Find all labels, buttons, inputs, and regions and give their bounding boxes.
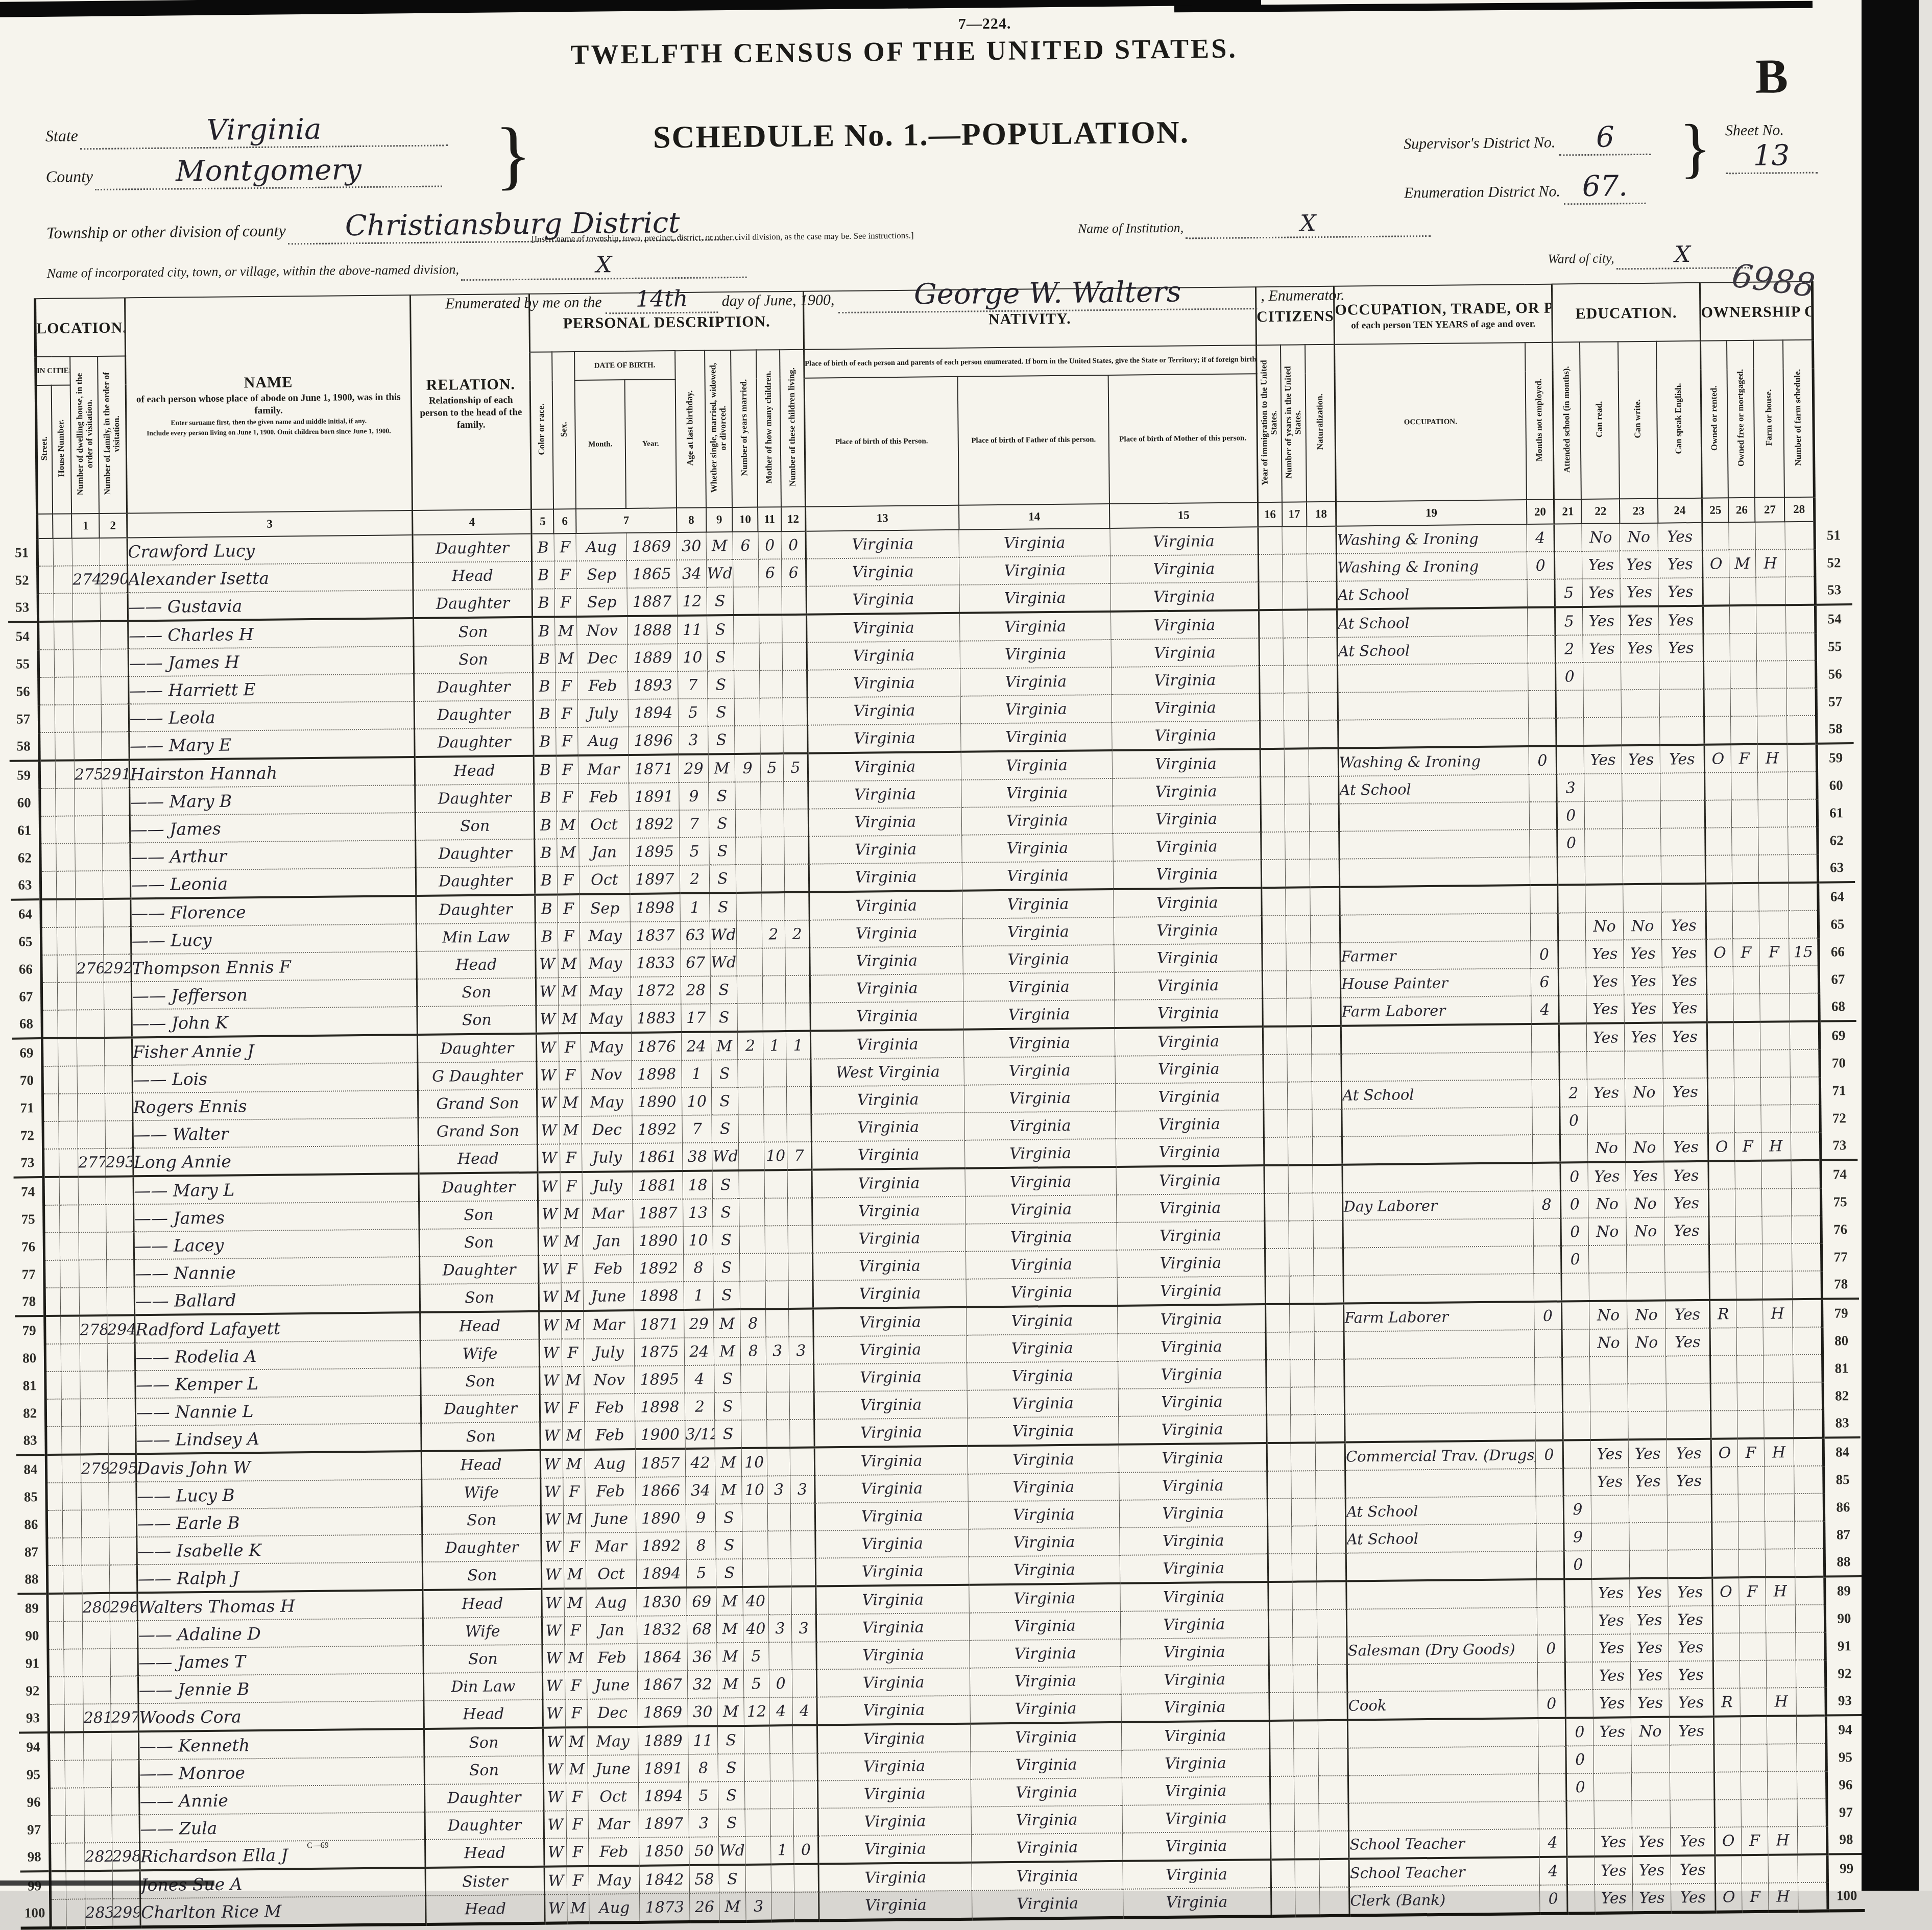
r91-line-number-right: 91 bbox=[1825, 1632, 1863, 1660]
r87-months-not-employed bbox=[1536, 1524, 1564, 1552]
r78-dwelling-number bbox=[79, 1287, 107, 1316]
r99-can-read: Yes bbox=[1595, 1856, 1633, 1885]
col-head-school: Attended school (in months). bbox=[1552, 342, 1581, 500]
r52-children-living: 6 bbox=[782, 559, 806, 587]
r66-months-not-employed: 0 bbox=[1531, 941, 1558, 969]
r61-farm-or-house bbox=[1758, 799, 1788, 827]
r88-owned-or-rented bbox=[1712, 1549, 1738, 1577]
r63-street bbox=[40, 871, 57, 899]
r90-dwelling-number bbox=[82, 1621, 110, 1649]
r85-place-of-birth: Virginia bbox=[815, 1474, 969, 1503]
r59-farm-schedule-number bbox=[1787, 744, 1817, 772]
r52-color-race: B bbox=[532, 561, 554, 589]
r60-age: 9 bbox=[679, 783, 709, 811]
r71-place-of-birth: Virginia bbox=[811, 1085, 964, 1114]
r72-years-in-us bbox=[1288, 1109, 1312, 1137]
column-number-9: 9 bbox=[706, 507, 733, 532]
r99-years-in-us bbox=[1295, 1859, 1319, 1887]
r60-place-of-birth: Virginia bbox=[808, 780, 962, 809]
census-scan-page: 7—224. TWELFTH CENSUS OF THE UNITED STAT… bbox=[0, 0, 1932, 1891]
r77-years-married bbox=[739, 1254, 765, 1281]
r98-street bbox=[50, 1843, 66, 1871]
r81-house-number bbox=[61, 1371, 80, 1399]
r56-children-living bbox=[783, 670, 807, 698]
r79-owned-or-rented: R bbox=[1710, 1300, 1736, 1328]
r75-immigration-year bbox=[1264, 1193, 1289, 1221]
r78-street bbox=[44, 1288, 61, 1316]
page-letter: B bbox=[1755, 47, 1788, 105]
r89-line-number-left: 89 bbox=[17, 1594, 47, 1622]
r79-relation: Head bbox=[420, 1311, 540, 1340]
r84-can-read: Yes bbox=[1590, 1439, 1629, 1468]
r71-line-number-left: 71 bbox=[13, 1094, 43, 1122]
r52-can-write: Yes bbox=[1620, 551, 1658, 579]
name-title: NAME bbox=[126, 373, 410, 393]
r75-line-number-left: 75 bbox=[14, 1205, 44, 1233]
r80-mother-of-children: 3 bbox=[766, 1337, 789, 1364]
r64-name: —— Florence bbox=[130, 896, 416, 926]
r60-free-or-mortgaged bbox=[1731, 772, 1757, 800]
r77-birth-month: Feb bbox=[583, 1255, 634, 1283]
r83-birth-month: Feb bbox=[585, 1421, 635, 1450]
r75-mother-of-children bbox=[764, 1198, 788, 1226]
r83-birth-year: 1900 bbox=[635, 1421, 685, 1449]
r82-farm-schedule-number bbox=[1793, 1382, 1823, 1410]
r52-years-in-us bbox=[1283, 554, 1307, 581]
r85-line-number-right: 85 bbox=[1823, 1465, 1861, 1494]
r62-dwelling-number bbox=[75, 843, 103, 871]
r74-sex: F bbox=[560, 1172, 583, 1200]
r70-name: —— Lois bbox=[132, 1063, 418, 1093]
r75-free-or-mortgaged bbox=[1735, 1189, 1761, 1216]
r65-occupation bbox=[1340, 913, 1530, 943]
r55-mother-place-of-birth: Virginia bbox=[1111, 638, 1260, 667]
r95-house-number bbox=[65, 1760, 84, 1788]
r79-farm-or-house: H bbox=[1762, 1299, 1793, 1328]
r85-street bbox=[46, 1483, 62, 1510]
column-number-5: 5 bbox=[532, 509, 554, 533]
r54-owned-or-rented bbox=[1703, 605, 1730, 633]
r88-can-read bbox=[1591, 1550, 1630, 1579]
r53-house-number bbox=[54, 593, 73, 621]
r88-free-or-mortgaged bbox=[1738, 1549, 1765, 1577]
r74-attended-school: 0 bbox=[1560, 1162, 1588, 1191]
r59-immigration-year bbox=[1260, 749, 1285, 777]
r88-mother-place-of-birth: Virginia bbox=[1120, 1554, 1268, 1583]
r94-free-or-mortgaged bbox=[1740, 1716, 1767, 1744]
r67-farm-or-house bbox=[1759, 966, 1790, 994]
r95-naturalization bbox=[1318, 1748, 1348, 1776]
r75-house-number bbox=[59, 1205, 79, 1232]
r78-occupation bbox=[1343, 1274, 1534, 1304]
r70-birth-year: 1898 bbox=[632, 1060, 682, 1088]
r100-can-speak-english: Yes bbox=[1671, 1884, 1716, 1891]
r78-place-of-birth: Virginia bbox=[813, 1279, 967, 1309]
r76-naturalization bbox=[1313, 1220, 1343, 1249]
r83-line-number-right: 83 bbox=[1823, 1409, 1860, 1438]
r54-occupation: At School bbox=[1337, 607, 1528, 638]
r55-line-number-right: 55 bbox=[1816, 632, 1853, 661]
r99-free-or-mortgaged bbox=[1742, 1855, 1768, 1883]
r57-dwelling-number bbox=[74, 704, 101, 732]
r96-farm-schedule-number bbox=[1797, 1771, 1827, 1799]
r84-birth-year: 1857 bbox=[635, 1449, 686, 1477]
r53-birth-month: Sep bbox=[576, 588, 627, 617]
r85-family-number bbox=[109, 1482, 136, 1510]
r53-farm-schedule-number bbox=[1785, 577, 1816, 605]
r86-age: 9 bbox=[686, 1504, 716, 1532]
r56-attended-school: 0 bbox=[1556, 663, 1583, 691]
r71-children-living bbox=[787, 1087, 811, 1114]
r99-can-speak-english: Yes bbox=[1671, 1855, 1716, 1884]
r57-age: 5 bbox=[678, 699, 708, 727]
r60-owned-or-rented bbox=[1705, 772, 1731, 800]
r54-family-number bbox=[100, 621, 128, 649]
r97-relation: Daughter bbox=[425, 1811, 544, 1840]
r71-relation: Grand Son bbox=[418, 1089, 538, 1118]
r75-can-write: No bbox=[1626, 1190, 1664, 1218]
r80-place-of-birth: Virginia bbox=[813, 1335, 967, 1364]
r65-name: —— Lucy bbox=[131, 924, 417, 954]
r53-can-write: Yes bbox=[1620, 578, 1658, 607]
r70-can-write bbox=[1625, 1051, 1663, 1079]
r72-marital-status: S bbox=[712, 1115, 738, 1142]
r94-name: —— Kenneth bbox=[138, 1729, 424, 1760]
r78-mother-of-children bbox=[765, 1281, 789, 1309]
r80-street bbox=[45, 1344, 61, 1372]
r64-dwelling-number bbox=[76, 899, 103, 927]
r88-occupation bbox=[1346, 1551, 1536, 1581]
r90-occupation bbox=[1346, 1607, 1537, 1637]
r61-can-speak-english bbox=[1660, 800, 1705, 828]
r67-birth-year: 1872 bbox=[631, 976, 681, 1005]
r56-can-read bbox=[1583, 662, 1621, 690]
r81-age: 4 bbox=[685, 1365, 715, 1393]
r74-color-race: W bbox=[538, 1172, 560, 1200]
r76-relation: Son bbox=[419, 1228, 539, 1257]
r66-free-or-mortgaged: F bbox=[1733, 939, 1759, 966]
r76-years-in-us bbox=[1289, 1220, 1313, 1248]
r75-age: 13 bbox=[683, 1199, 713, 1227]
r72-children-living bbox=[787, 1114, 811, 1142]
r97-street bbox=[50, 1816, 66, 1843]
r98-father-place-of-birth: Virginia bbox=[972, 1833, 1123, 1863]
r61-attended-school: 0 bbox=[1557, 801, 1584, 829]
r58-can-read bbox=[1583, 717, 1622, 746]
r75-marital-status: S bbox=[713, 1199, 739, 1226]
r58-dwelling-number bbox=[74, 732, 102, 761]
r82-line-number-right: 82 bbox=[1823, 1382, 1860, 1410]
r70-marital-status: S bbox=[711, 1060, 738, 1087]
nativity-note: Place of birth of each person and parent… bbox=[804, 345, 1256, 378]
r76-can-read: No bbox=[1588, 1217, 1627, 1245]
r69-free-or-mortgaged bbox=[1733, 1022, 1760, 1050]
r52-relation: Head bbox=[413, 561, 533, 590]
r99-months-not-employed: 4 bbox=[1539, 1856, 1567, 1885]
r82-family-number bbox=[108, 1398, 135, 1426]
r88-dwelling-number bbox=[82, 1565, 109, 1594]
r91-birth-year: 1864 bbox=[637, 1643, 688, 1671]
r98-owned-or-rented: O bbox=[1715, 1827, 1742, 1855]
r93-sex: F bbox=[565, 1699, 588, 1727]
r69-attended-school bbox=[1559, 1023, 1586, 1052]
enumerator-name: George W. Walters bbox=[838, 275, 1258, 313]
r64-age: 1 bbox=[680, 893, 710, 922]
r68-relation: Son bbox=[417, 1006, 537, 1035]
r64-years-married bbox=[736, 893, 762, 921]
r74-immigration-year bbox=[1264, 1165, 1289, 1193]
left-brace: } bbox=[495, 111, 533, 199]
r93-birth-month: Dec bbox=[587, 1699, 638, 1727]
r69-months-not-employed bbox=[1531, 1024, 1559, 1053]
r85-immigration-year bbox=[1267, 1471, 1291, 1499]
r78-can-speak-english bbox=[1665, 1272, 1710, 1301]
r82-free-or-mortgaged bbox=[1737, 1383, 1764, 1410]
r100-attended-school bbox=[1567, 1885, 1595, 1891]
r64-father-place-of-birth: Virginia bbox=[962, 889, 1114, 919]
r60-naturalization bbox=[1309, 776, 1339, 804]
r96-dwelling-number bbox=[84, 1788, 111, 1816]
r59-attended-school bbox=[1556, 746, 1584, 774]
r87-children-living bbox=[791, 1531, 815, 1558]
r66-can-write: Yes bbox=[1624, 940, 1662, 968]
r81-place-of-birth: Virginia bbox=[814, 1363, 968, 1392]
r90-can-speak-english: Yes bbox=[1668, 1606, 1713, 1634]
r94-immigration-year bbox=[1269, 1721, 1294, 1749]
r99-mother-place-of-birth: Virginia bbox=[1123, 1860, 1271, 1889]
r82-dwelling-number bbox=[80, 1399, 108, 1427]
r59-free-or-mortgaged: F bbox=[1731, 744, 1757, 772]
r58-color-race: B bbox=[534, 727, 556, 755]
r92-immigration-year bbox=[1269, 1665, 1293, 1693]
r66-birth-year: 1833 bbox=[631, 949, 681, 977]
r62-can-write bbox=[1623, 828, 1661, 857]
r52-free-or-mortgaged: M bbox=[1729, 550, 1755, 577]
r93-years-in-us bbox=[1293, 1692, 1318, 1720]
r63-years-married bbox=[736, 865, 761, 893]
r76-name: —— Lacey bbox=[134, 1229, 420, 1259]
r51-birth-year: 1869 bbox=[626, 532, 677, 560]
r51-farm-schedule-number bbox=[1785, 522, 1815, 550]
r85-years-in-us bbox=[1291, 1471, 1316, 1498]
r71-age: 10 bbox=[682, 1088, 712, 1116]
r88-color-race: W bbox=[542, 1560, 564, 1589]
r62-sex: M bbox=[557, 839, 579, 866]
r79-family-number: 294 bbox=[107, 1315, 134, 1343]
r56-mother-place-of-birth: Virginia bbox=[1111, 666, 1260, 695]
r83-sex: M bbox=[562, 1422, 585, 1450]
r98-dwelling-number: 282 bbox=[84, 1843, 112, 1871]
r71-can-read: Yes bbox=[1587, 1079, 1625, 1107]
r60-farm-or-house bbox=[1757, 772, 1788, 800]
r78-age: 1 bbox=[684, 1281, 714, 1310]
column-number-blank bbox=[53, 514, 72, 538]
r63-months-not-employed bbox=[1530, 857, 1557, 886]
r65-age: 63 bbox=[680, 921, 710, 949]
r67-color-race: W bbox=[536, 978, 559, 1005]
r68-house-number bbox=[58, 1010, 77, 1038]
ward-value: X bbox=[1616, 241, 1749, 270]
r87-place-of-birth: Virginia bbox=[815, 1529, 969, 1558]
r78-immigration-year bbox=[1265, 1276, 1290, 1304]
r60-mother-of-children bbox=[760, 781, 784, 809]
r66-naturalization bbox=[1311, 943, 1341, 971]
r64-relation: Daughter bbox=[416, 895, 536, 924]
r94-can-speak-english: Yes bbox=[1669, 1717, 1714, 1745]
r61-name: —— James bbox=[130, 813, 416, 843]
r61-can-write bbox=[1623, 801, 1661, 829]
r53-naturalization bbox=[1307, 581, 1337, 610]
r84-years-in-us bbox=[1291, 1443, 1316, 1471]
r76-farm-or-house bbox=[1762, 1216, 1792, 1244]
r94-dwelling-number bbox=[83, 1732, 111, 1761]
r72-street bbox=[43, 1121, 59, 1149]
r61-owned-or-rented bbox=[1705, 800, 1731, 827]
r97-place-of-birth: Virginia bbox=[818, 1807, 972, 1836]
r54-can-speak-english: Yes bbox=[1659, 606, 1704, 634]
r65-can-read: No bbox=[1585, 912, 1624, 940]
r88-birth-year: 1894 bbox=[636, 1559, 687, 1588]
r60-occupation: At School bbox=[1339, 774, 1529, 804]
r71-naturalization bbox=[1312, 1082, 1342, 1110]
r61-line-number-right: 61 bbox=[1817, 799, 1854, 827]
r89-family-number: 296 bbox=[110, 1593, 137, 1621]
r57-farm-schedule-number bbox=[1786, 688, 1817, 716]
r74-marital-status: S bbox=[712, 1170, 739, 1199]
r66-sex: M bbox=[558, 950, 581, 978]
r90-months-not-employed bbox=[1537, 1607, 1564, 1635]
r89-father-place-of-birth: Virginia bbox=[969, 1583, 1120, 1613]
r56-relation: Daughter bbox=[414, 673, 534, 701]
col-head-color: Color or race. bbox=[530, 352, 553, 509]
r69-farm-or-house bbox=[1760, 1021, 1790, 1050]
r76-house-number bbox=[60, 1232, 79, 1260]
r63-place-of-birth: Virginia bbox=[809, 863, 962, 892]
r77-free-or-mortgaged bbox=[1735, 1244, 1762, 1272]
r72-age: 7 bbox=[682, 1115, 712, 1143]
r97-years-married bbox=[745, 1809, 770, 1836]
col-head-owned-rented: Owned or rented. bbox=[1701, 340, 1729, 498]
r54-marital-status: S bbox=[707, 615, 734, 643]
r57-name: —— Leola bbox=[129, 701, 415, 731]
r67-place-of-birth: Virginia bbox=[810, 974, 963, 1003]
r80-free-or-mortgaged bbox=[1736, 1328, 1763, 1355]
r64-birth-year: 1898 bbox=[630, 893, 680, 922]
r81-naturalization bbox=[1315, 1359, 1345, 1387]
r97-birth-month: Mar bbox=[588, 1810, 639, 1838]
r99-father-place-of-birth: Virginia bbox=[972, 1861, 1123, 1891]
r95-relation: Son bbox=[424, 1756, 544, 1785]
r85-name: —— Lucy B bbox=[136, 1479, 422, 1509]
r83-months-not-employed bbox=[1535, 1412, 1563, 1441]
r81-can-read bbox=[1589, 1356, 1628, 1384]
name-desc: of each person whose place of abode on J… bbox=[126, 391, 410, 418]
r56-immigration-year bbox=[1259, 666, 1284, 693]
r91-line-number-left: 91 bbox=[18, 1649, 48, 1677]
r84-can-speak-english: Yes bbox=[1667, 1439, 1711, 1468]
r97-dwelling-number bbox=[84, 1815, 112, 1843]
r81-children-living bbox=[789, 1364, 814, 1392]
r83-attended-school bbox=[1563, 1412, 1590, 1440]
r65-attended-school bbox=[1558, 913, 1585, 941]
r92-can-speak-english: Yes bbox=[1669, 1661, 1713, 1689]
r88-can-speak-english bbox=[1668, 1550, 1712, 1578]
r56-birth-month: Feb bbox=[577, 672, 628, 700]
r98-family-number: 298 bbox=[112, 1842, 139, 1871]
r62-birth-month: Jan bbox=[579, 838, 630, 866]
r93-dwelling-number: 281 bbox=[83, 1704, 111, 1732]
r74-can-read: Yes bbox=[1588, 1162, 1626, 1190]
r95-mother-place-of-birth: Virginia bbox=[1122, 1749, 1270, 1778]
r58-name: —— Mary E bbox=[129, 729, 415, 760]
r68-place-of-birth: Virginia bbox=[810, 1001, 964, 1031]
r65-birth-month: May bbox=[580, 922, 631, 950]
r79-marital-status: M bbox=[714, 1309, 740, 1337]
r98-mother-place-of-birth: Virginia bbox=[1122, 1831, 1271, 1861]
r64-can-speak-english bbox=[1661, 884, 1706, 912]
r100-farm-or-house: H bbox=[1768, 1883, 1798, 1891]
r91-farm-or-house bbox=[1766, 1632, 1796, 1660]
r89-months-not-employed bbox=[1537, 1579, 1564, 1608]
r95-occupation bbox=[1348, 1746, 1538, 1776]
r74-father-place-of-birth: Virginia bbox=[965, 1167, 1116, 1196]
r83-place-of-birth: Virginia bbox=[814, 1418, 968, 1448]
r87-immigration-year bbox=[1268, 1526, 1292, 1554]
col-head-dwelling: Number of dwelling house, in the order o… bbox=[70, 356, 100, 514]
r72-relation: Grand Son bbox=[418, 1117, 538, 1145]
r94-line-number-left: 94 bbox=[19, 1732, 49, 1761]
r62-line-number-right: 62 bbox=[1817, 826, 1854, 854]
r82-marital-status: S bbox=[714, 1392, 741, 1420]
r70-farm-schedule-number bbox=[1790, 1049, 1820, 1078]
r86-dwelling-number bbox=[81, 1510, 109, 1538]
r86-years-married bbox=[742, 1503, 767, 1531]
r85-house-number bbox=[62, 1482, 81, 1510]
r96-father-place-of-birth: Virginia bbox=[971, 1778, 1122, 1807]
enumerated-mid: day of June, 1900, bbox=[722, 291, 835, 309]
r82-can-write bbox=[1628, 1384, 1667, 1412]
r57-sex: F bbox=[556, 700, 578, 727]
r60-father-place-of-birth: Virginia bbox=[961, 778, 1113, 808]
r92-mother-place-of-birth: Virginia bbox=[1121, 1665, 1269, 1694]
r70-months-not-employed bbox=[1532, 1052, 1559, 1080]
r77-owned-or-rented bbox=[1709, 1244, 1736, 1272]
r84-free-or-mortgaged: F bbox=[1737, 1438, 1764, 1467]
r86-street bbox=[46, 1510, 63, 1538]
r54-place-of-birth: Virginia bbox=[806, 613, 960, 643]
r88-years-married bbox=[742, 1558, 768, 1586]
r90-years-in-us bbox=[1293, 1609, 1317, 1637]
r63-naturalization bbox=[1310, 859, 1340, 888]
r63-children-living bbox=[784, 864, 809, 892]
r67-free-or-mortgaged bbox=[1733, 966, 1759, 994]
r89-line-number-right: 89 bbox=[1824, 1576, 1862, 1605]
r91-years-in-us bbox=[1293, 1637, 1317, 1665]
r97-age: 3 bbox=[689, 1809, 719, 1837]
r58-free-or-mortgaged bbox=[1730, 716, 1757, 744]
r80-farm-schedule-number bbox=[1793, 1327, 1823, 1355]
r86-father-place-of-birth: Virginia bbox=[969, 1500, 1120, 1529]
r87-mother-place-of-birth: Virginia bbox=[1119, 1526, 1268, 1555]
r84-age: 42 bbox=[685, 1448, 715, 1477]
r86-birth-year: 1890 bbox=[636, 1504, 686, 1532]
r95-age: 8 bbox=[688, 1754, 718, 1782]
r85-can-read: Yes bbox=[1591, 1468, 1629, 1496]
r69-marital-status: M bbox=[711, 1032, 738, 1060]
print-code: C—69 bbox=[307, 1841, 329, 1850]
r69-immigration-year bbox=[1263, 1027, 1287, 1055]
column-number-16: 16 bbox=[1258, 502, 1282, 527]
